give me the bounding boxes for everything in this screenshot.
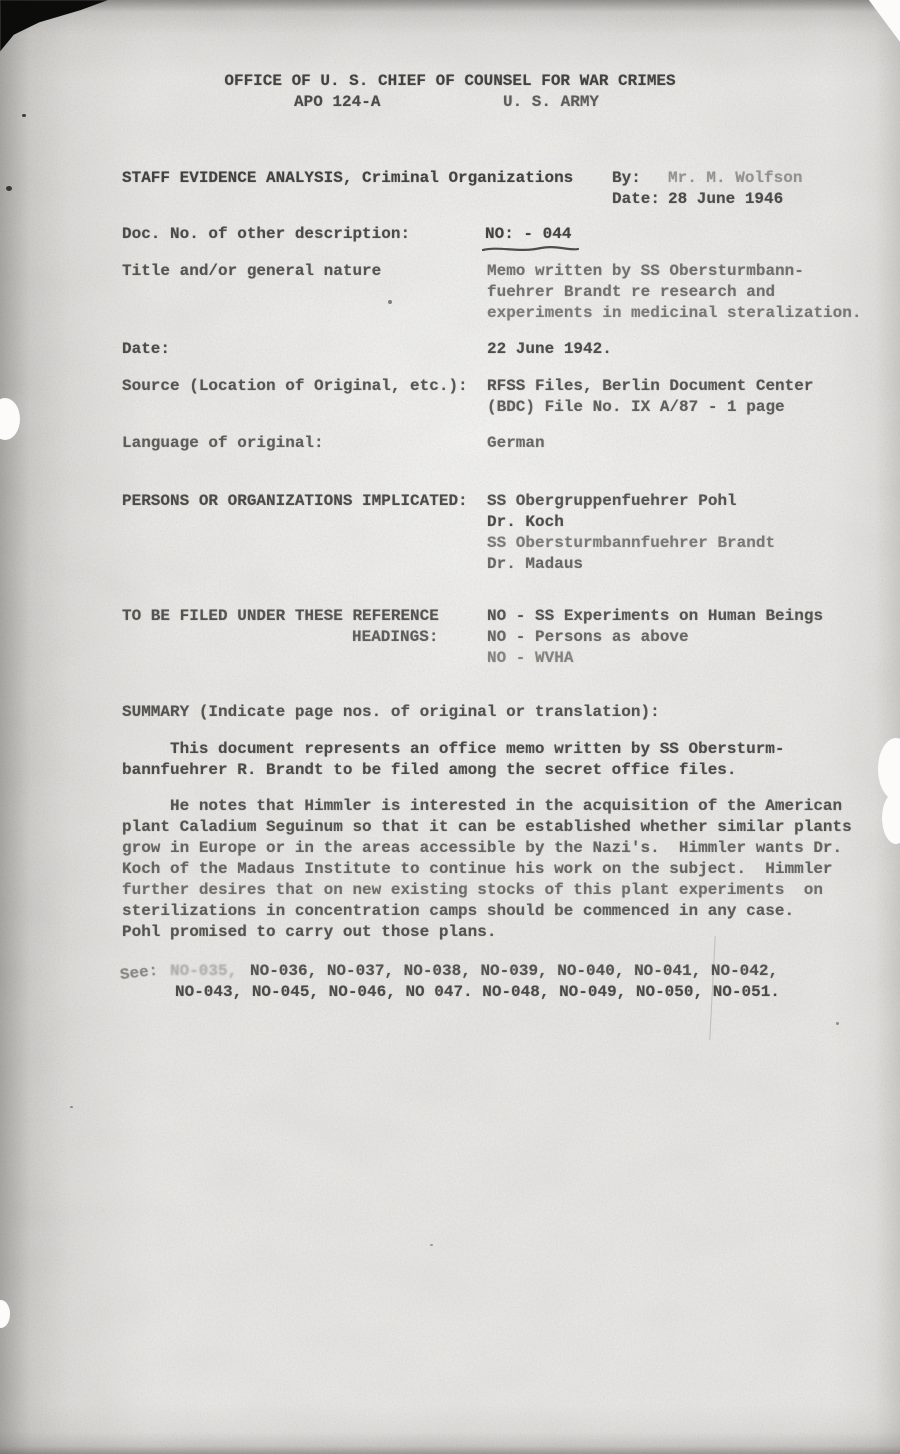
summary-para2-line5: further desires that on new existing sto… bbox=[122, 880, 823, 901]
date-label: Date: bbox=[612, 189, 660, 210]
ink-speck bbox=[430, 1244, 433, 1246]
see-list-line1: NO-036, NO-037, NO-038, NO-039, NO-040, … bbox=[250, 961, 778, 982]
field-value-persons-line3: SS Obersturmbannfuehrer Brandt bbox=[487, 533, 775, 554]
doc-no-underline bbox=[481, 244, 581, 254]
field-value-title-line1: Memo written by SS Obersturmbann- bbox=[487, 261, 804, 282]
ink-speck bbox=[22, 114, 26, 117]
field-value-filed-line3: NO - WVHA bbox=[487, 648, 573, 669]
field-value-filed-line2: NO - Persons as above bbox=[487, 627, 689, 648]
scanned-document-page: OFFICE OF U. S. CHIEF OF COUNSEL FOR WAR… bbox=[0, 0, 900, 1454]
field-label-source: Source (Location of Original, etc.): bbox=[122, 376, 468, 397]
summary-para2-line3: grow in Europe or in the areas accessibl… bbox=[122, 838, 842, 859]
form-title: STAFF EVIDENCE ANALYSIS, Criminal Organi… bbox=[122, 168, 573, 189]
summary-para2-line1: He notes that Himmler is interested in t… bbox=[122, 796, 842, 817]
summary-para2-line4: Koch of the Madaus Institute to continue… bbox=[122, 859, 833, 880]
ink-speck bbox=[836, 1022, 839, 1025]
field-value-persons-line4: Dr. Madaus bbox=[487, 554, 583, 575]
field-label-persons: PERSONS OR ORGANIZATIONS IMPLICATED: bbox=[122, 491, 468, 512]
letterhead-office-line: OFFICE OF U. S. CHIEF OF COUNSEL FOR WAR… bbox=[0, 71, 900, 92]
summary-heading: SUMMARY (Indicate page nos. of original … bbox=[122, 702, 660, 723]
field-value-title-line3: experiments in medicinal steralization. bbox=[487, 303, 861, 324]
by-label: By: bbox=[612, 168, 641, 189]
scan-corner-mark bbox=[0, 0, 115, 56]
letterhead-apo: APO 124-A bbox=[294, 92, 380, 113]
paper-tear-left bbox=[0, 398, 20, 440]
summary-para2-line7: Pohl promised to carry out those plans. bbox=[122, 922, 496, 943]
field-value-source-line1: RFSS Files, Berlin Document Center bbox=[487, 376, 813, 397]
field-label-language: Language of original: bbox=[122, 433, 324, 454]
ink-speck bbox=[70, 1106, 73, 1108]
field-value-persons-line1: SS Obergruppenfuehrer Pohl bbox=[487, 491, 737, 512]
paper-tear-right-upper bbox=[878, 738, 900, 800]
see-list-line2: NO-043, NO-045, NO-046, NO 047. NO-048, … bbox=[175, 982, 780, 1003]
ink-speck bbox=[6, 186, 12, 191]
field-value-filed-line1: NO - SS Experiments on Human Beings bbox=[487, 606, 823, 627]
summary-para2-line2: plant Caladium Seguinum so that it can b… bbox=[122, 817, 852, 838]
field-label-date: Date: bbox=[122, 339, 170, 360]
field-label-filed-line1: TO BE FILED UNDER THESE REFERENCE bbox=[122, 606, 439, 627]
ink-speck bbox=[388, 300, 392, 304]
paper-tear-right-lower bbox=[882, 792, 900, 844]
center-highlight bbox=[0, 0, 900, 1454]
edge-shade-right bbox=[830, 0, 900, 1454]
paper-tear-bottom-left bbox=[0, 1300, 10, 1328]
edge-shade-left bbox=[0, 0, 150, 1454]
field-value-source-line2: (BDC) File No. IX A/87 - 1 page bbox=[487, 397, 785, 418]
torn-corner-top-right bbox=[862, 0, 900, 42]
summary-para1-line2: bannfuehrer R. Brandt to be filed among … bbox=[122, 760, 737, 781]
field-value-date: 22 June 1942. bbox=[487, 339, 612, 360]
field-label-doc-no: Doc. No. of other description: bbox=[122, 224, 410, 245]
edge-shade-bottom bbox=[0, 1404, 900, 1454]
field-value-language: German bbox=[487, 433, 545, 454]
field-value-persons-line2: Dr. Koch bbox=[487, 512, 564, 533]
summary-para2-line6: sterilizations in concentration camps sh… bbox=[122, 901, 794, 922]
field-label-filed-line2: HEADINGS: bbox=[352, 627, 438, 648]
analyst-name: Mr. M. Wolfson bbox=[668, 168, 802, 189]
field-value-title-line2: fuehrer Brandt re research and bbox=[487, 282, 775, 303]
summary-para1-line1: This document represents an office memo … bbox=[122, 739, 785, 760]
field-value-doc-no: NO: - 044 bbox=[485, 224, 571, 245]
paper-grain-texture bbox=[0, 0, 900, 1454]
edge-shade-top bbox=[0, 0, 900, 80]
letterhead-army: U. S. ARMY bbox=[503, 92, 599, 113]
see-prefix: See: bbox=[119, 961, 160, 987]
see-faint-doc-no: NO-035, bbox=[170, 961, 237, 982]
analysis-date: 28 June 1946 bbox=[668, 189, 783, 210]
field-label-title: Title and/or general nature bbox=[122, 261, 381, 282]
